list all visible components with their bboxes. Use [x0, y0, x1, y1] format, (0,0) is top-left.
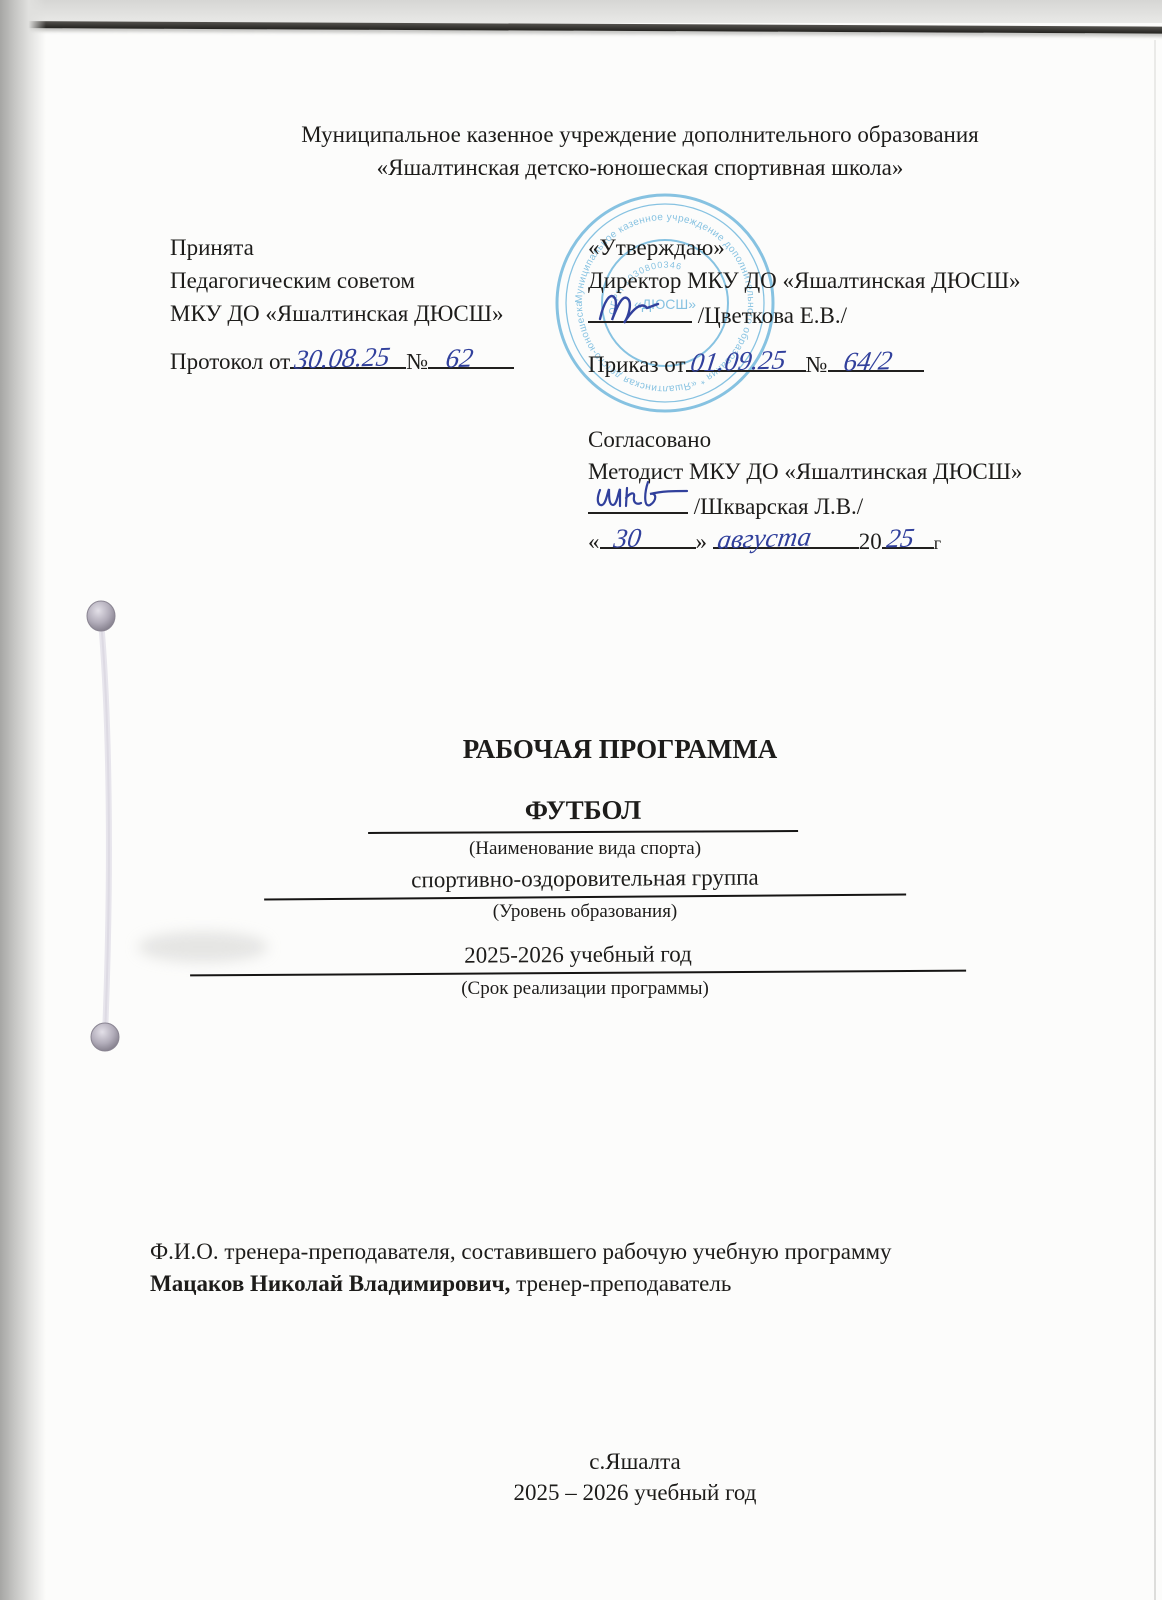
- header-line-2: «Яшалтинская детско-юношеская спортивная…: [140, 151, 1140, 184]
- date-month-blank: августа: [713, 523, 859, 549]
- accepted-block: Принята Педагогическим советом МКУ ДО «Я…: [170, 231, 503, 330]
- order-number-blank: 64/2: [828, 346, 924, 372]
- agreed-title: Согласовано: [588, 424, 1022, 456]
- header-line-1: Муниципальное казенное учреждение дополн…: [140, 118, 1140, 151]
- date-day-handwriting: 30: [612, 525, 643, 553]
- date-year-handwriting: 25: [885, 525, 916, 553]
- agreed-date-line: «30» августа2025г: [588, 523, 1022, 559]
- order-date-blank: 01.09.25: [686, 346, 806, 372]
- term-value: 2025-2026 учебный год: [190, 936, 966, 977]
- approval-signature-line: /Цветкова Е.В./: [588, 297, 1021, 332]
- protocol-date-handwriting: 30.08.25: [293, 343, 392, 373]
- agreed-block: Согласовано Методист МКУ ДО «Яшалтинская…: [588, 424, 1022, 559]
- protocol-label: Протокол от: [170, 349, 290, 374]
- author-caption: Ф.И.О. тренера-преподавателя, составивше…: [150, 1236, 892, 1268]
- binding-grommet-bottom: [91, 1023, 119, 1051]
- director-signature: [594, 285, 672, 327]
- author-name: Мацаков Николай Владимирович,: [150, 1271, 510, 1296]
- document-header: Муниципальное казенное учреждение дополн…: [140, 118, 1140, 184]
- order-label: Приказ от: [588, 352, 686, 377]
- author-role: тренер-преподаватель: [510, 1271, 731, 1296]
- methodist-signature-slot: [588, 488, 688, 514]
- author-name-line: Мацаков Николай Владимирович, тренер-пре…: [150, 1268, 892, 1300]
- methodist-signature: [594, 478, 694, 518]
- protocol-number-blank: 62: [428, 343, 514, 369]
- director-signature-slot: [588, 297, 692, 323]
- level-caption: (Уровень образования): [85, 901, 1085, 923]
- protocol-date-blank: 30.08.25: [290, 343, 406, 369]
- protocol-line: Протокол от30.08.25№62: [170, 343, 514, 378]
- page-right-edge: [1154, 40, 1156, 1600]
- footer: с.Яшалта 2025 – 2026 учебный год: [150, 1446, 1120, 1508]
- accepted-line-2: Педагогическим советом: [170, 264, 503, 297]
- scanned-page: Муниципальное казенное учреждение дополн…: [0, 0, 1162, 1600]
- date-year-suffix: г: [934, 533, 941, 553]
- methodist-name: /Шкварская Л.В./: [694, 494, 863, 519]
- footer-place: с.Яшалта: [150, 1446, 1120, 1477]
- accepted-line-1: Принята: [170, 231, 503, 264]
- approval-title: «Утверждаю»: [588, 231, 1021, 264]
- scan-left-shadow: [0, 0, 46, 1600]
- footer-year: 2025 – 2026 учебный год: [150, 1477, 1120, 1508]
- term-caption: (Срок реализации программы): [85, 978, 1085, 1000]
- protocol-number-handwriting: 62: [444, 345, 475, 373]
- level-value: спортивно-оздоровительная группа: [264, 859, 906, 900]
- author-block: Ф.И.О. тренера-преподавателя, составивше…: [150, 1236, 892, 1300]
- date-month-handwriting: августа: [716, 524, 813, 554]
- approval-block: «Утверждаю» Директор МКУ ДО «Яшалтинская…: [588, 231, 1021, 332]
- date-day-blank: 30: [600, 523, 696, 549]
- agreed-signature-line: /Шкварская Л.В./: [588, 488, 1022, 523]
- scan-top-band: [0, 0, 1162, 23]
- order-number-sign: №: [806, 352, 828, 377]
- sport-caption: (Наименование вида спорта): [85, 838, 1085, 860]
- date-close-quote: »: [696, 529, 708, 554]
- binding: [76, 593, 136, 1063]
- date-open-quote: «: [588, 529, 600, 554]
- order-line: Приказ от01.09.25№64/2: [588, 346, 924, 381]
- main-title: РАБОЧАЯ ПРОГРАММА: [120, 733, 1120, 766]
- date-year-prefix: 20: [859, 529, 882, 554]
- accepted-line-3: МКУ ДО «Яшалтинская ДЮСШ»: [170, 297, 503, 330]
- director-name: /Цветкова Е.В./: [698, 303, 847, 328]
- order-date-handwriting: 01.09.25: [688, 346, 787, 376]
- binding-grommet-top: [87, 601, 115, 631]
- order-number-handwriting: 64/2: [841, 347, 893, 376]
- protocol-number-sign: №: [406, 349, 428, 374]
- date-year-blank: 25: [882, 523, 934, 549]
- sport-value: ФУТБОЛ: [368, 793, 798, 834]
